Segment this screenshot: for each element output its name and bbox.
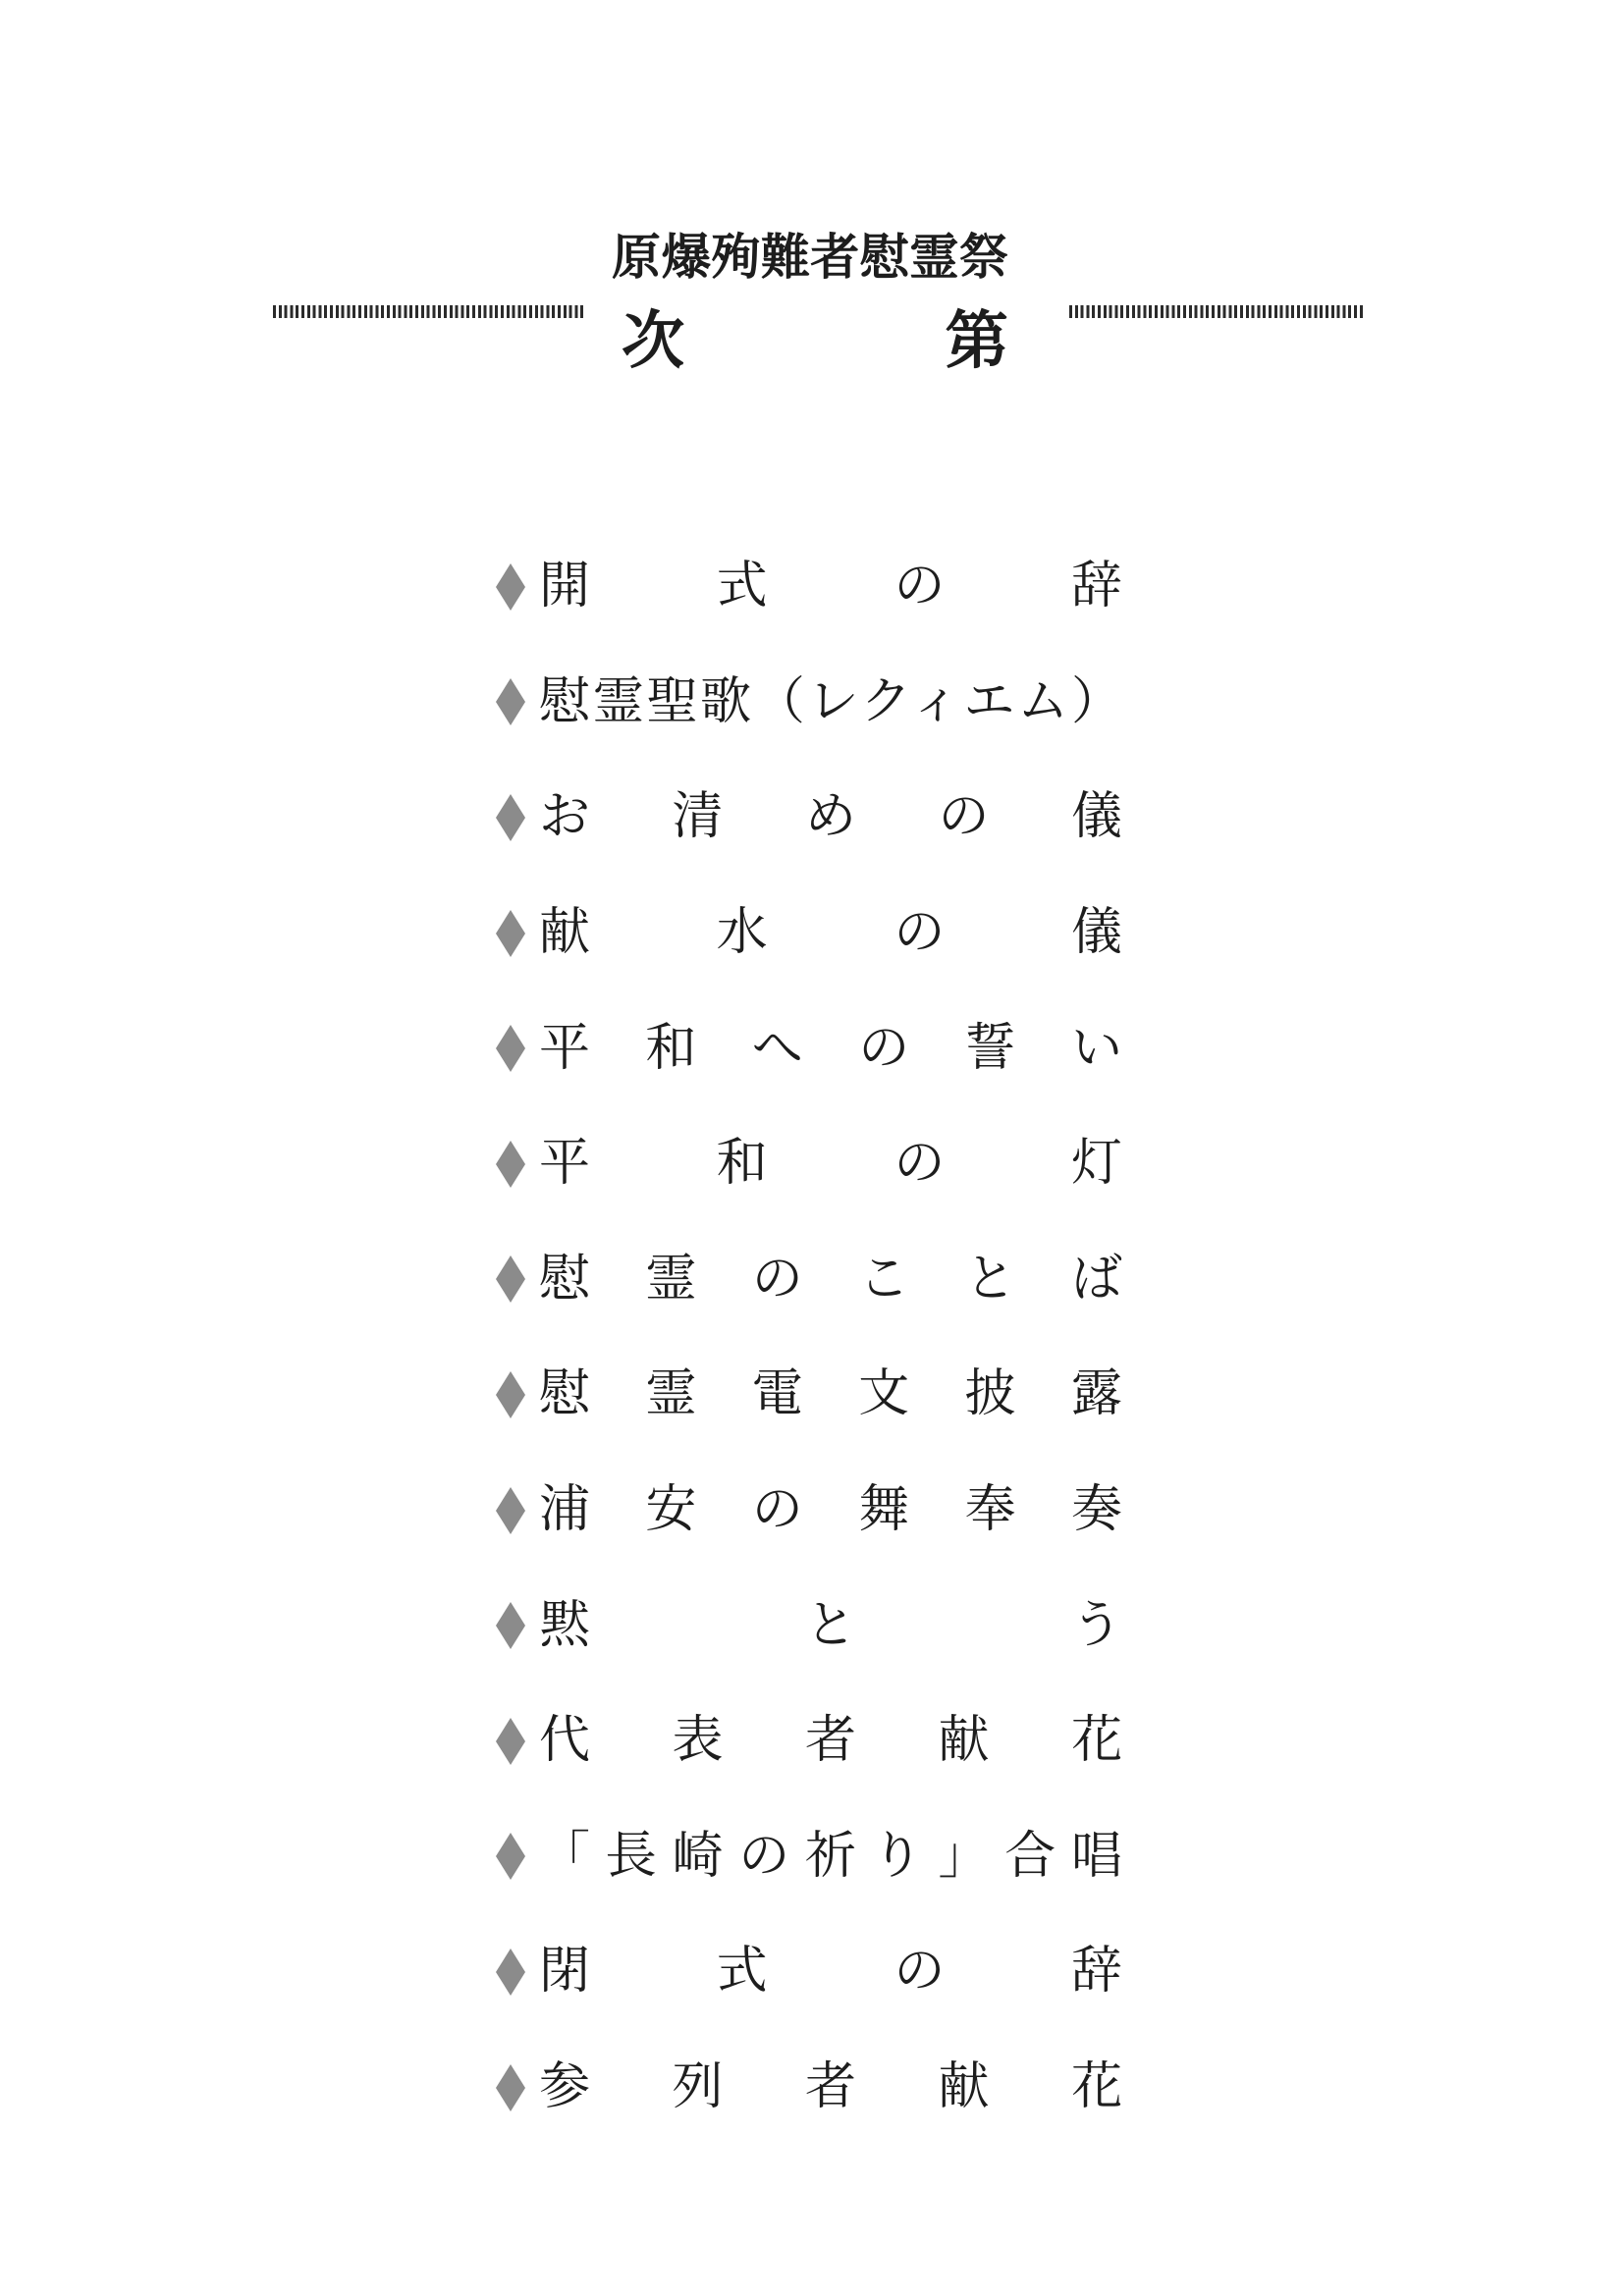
program-list: 開式の辞 慰霊聖歌（レクィエム） お清めの儀 献水の儀 平和への誓い 平和の灯 …	[496, 529, 1122, 2145]
diamond-bullet-icon	[496, 1487, 525, 1534]
diamond-bullet-icon	[496, 563, 525, 611]
list-item: 参列者献花	[496, 2030, 1122, 2146]
diamond-bullet-icon	[496, 678, 525, 725]
program-item-text: 黙とう	[539, 1598, 1122, 1654]
list-item: 平和の灯	[496, 1106, 1122, 1222]
diamond-bullet-icon	[496, 1255, 525, 1303]
list-item: 代表者献花	[496, 1683, 1122, 1799]
program-item-text: 平和の灯	[539, 1136, 1122, 1192]
program-item-text: 平和への誓い	[539, 1021, 1122, 1077]
program-item-text: 「長崎の祈り」合唱	[539, 1829, 1122, 1885]
program-item-text: 閉式の辞	[539, 1944, 1122, 2000]
list-item: 黙とう	[496, 1568, 1122, 1683]
diamond-bullet-icon	[496, 1602, 525, 1649]
page-title: 原爆殉難者慰霊祭	[612, 230, 1008, 287]
program-item-text: 慰霊電文披露	[539, 1366, 1122, 1422]
program-item-text: 開式の辞	[539, 559, 1122, 614]
list-item: 慰霊電文披露	[496, 1337, 1122, 1453]
list-item: 浦安の舞奉奏	[496, 1453, 1122, 1569]
list-item: お清めの儀	[496, 760, 1122, 876]
diamond-bullet-icon	[496, 1141, 525, 1188]
diamond-bullet-icon	[496, 1025, 525, 1072]
ceremony-program-page: 原爆殉難者慰霊祭 次第 開式の辞 慰霊聖歌（レクィエム） お清めの儀 献水の儀 …	[0, 0, 1624, 2296]
diamond-bullet-icon	[496, 1833, 525, 1880]
list-item: 閉式の辞	[496, 1914, 1122, 2030]
diamond-bullet-icon	[496, 794, 525, 841]
diamond-bullet-icon	[496, 1371, 525, 1418]
diamond-bullet-icon	[496, 1718, 525, 1765]
program-item-text: 献水の儀	[539, 905, 1122, 961]
program-item-text: 慰霊聖歌（レクィエム）	[539, 674, 1122, 730]
list-item: 「長崎の祈り」合唱	[496, 1799, 1122, 1915]
program-item-text: 代表者献花	[539, 1713, 1122, 1769]
list-item: 平和への誓い	[496, 990, 1122, 1106]
diamond-bullet-icon	[496, 2064, 525, 2111]
list-item: 開式の辞	[496, 529, 1122, 645]
decorative-hatch-line-right	[1069, 305, 1364, 318]
program-item-text: お清めの儀	[539, 789, 1122, 845]
list-item: 慰霊聖歌（レクィエム）	[496, 645, 1122, 761]
program-item-text: 参列者献花	[539, 2059, 1122, 2115]
program-item-text: 浦安の舞奉奏	[539, 1482, 1122, 1538]
decorative-hatch-line-left	[273, 305, 584, 318]
diamond-bullet-icon	[496, 910, 525, 957]
diamond-bullet-icon	[496, 1949, 525, 1996]
list-item: 慰霊のことば	[496, 1222, 1122, 1338]
page-subtitle: 次第	[622, 306, 1008, 377]
program-item-text: 慰霊のことば	[539, 1252, 1122, 1308]
list-item: 献水の儀	[496, 876, 1122, 991]
